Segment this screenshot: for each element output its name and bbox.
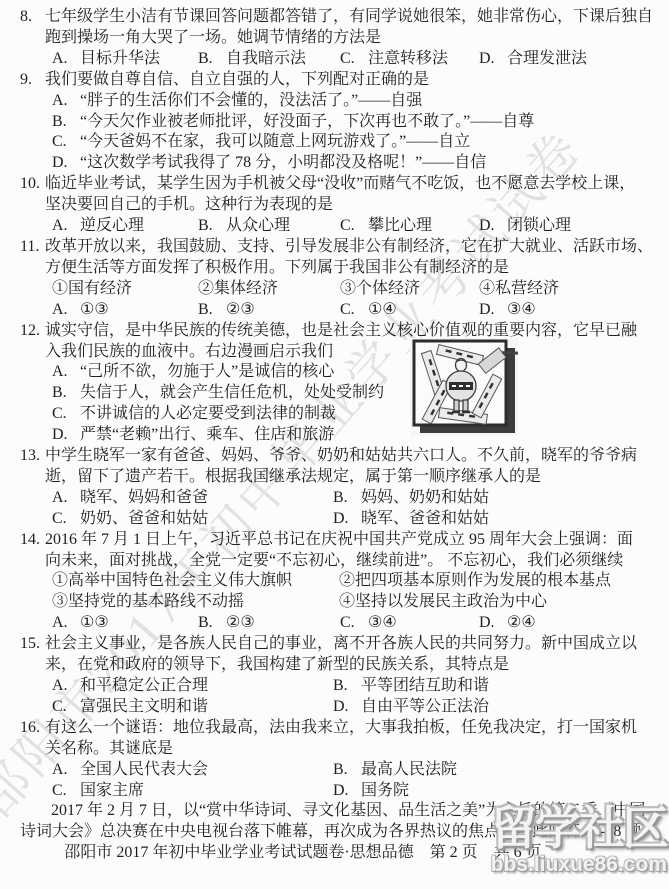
option-A: A.全国人民代表大会	[52, 760, 333, 781]
option-letter: B.	[333, 760, 361, 781]
option-D: D.严禁“老赖”出行、乘车、住店和旅游	[52, 425, 631, 446]
option-text: “今天爸妈不在家，我可以随意上网玩游戏了。”——自立	[80, 133, 470, 150]
option-letter: A.	[52, 300, 80, 321]
option-D: D.闭锁心理	[479, 216, 631, 237]
question-number: 8.	[20, 7, 32, 28]
option-text: 自由平等公正法治	[361, 698, 489, 715]
option-letter: A.	[52, 488, 80, 509]
option-B: B.②③	[198, 300, 340, 321]
option-text: 奶奶、爸爸和姑姑	[80, 510, 208, 527]
option-text: 失信于人，就会产生信任危机，处处受制约	[80, 384, 384, 401]
option-letter: C.	[340, 300, 368, 321]
option-B: B.妈妈、奶奶和姑姑	[333, 488, 631, 509]
option-list: A.目标升华法B.自我暗示法C.注意转移法D.合理发泄法	[45, 49, 631, 70]
question-number: 14.	[20, 530, 40, 551]
option-B: B.②③	[198, 613, 340, 634]
option-B: B.“今天欠作业被老师批评，好没面子，下次再也不敢了。”——自尊	[52, 112, 631, 133]
option-text: ②③	[226, 301, 255, 318]
option-C: C.“今天爸妈不在家，我可以随意上网玩游戏了。”——自立	[52, 132, 631, 153]
stem-line: 诚实守信，是中华民族的传统美德，也是社会主义核心价值观的重要内容，它早已融	[45, 321, 631, 342]
option-C: C.国家主席	[52, 781, 333, 802]
stem-line: 关名称。其谜底是	[45, 739, 631, 760]
option-letter: B.	[333, 488, 361, 509]
option-text: “胖子的生活你们不会懂的，没法活了。”——自强	[80, 92, 422, 109]
option-A: A.“胖子的生活你们不会懂的，没法活了。”——自强	[52, 91, 631, 112]
numbered-item: ②集体经济	[198, 279, 340, 300]
option-B: B.失信于人，就会产生信任危机，处处受制约	[52, 383, 631, 404]
option-letter: B.	[198, 300, 226, 321]
option-letter: D.	[333, 509, 361, 530]
option-D: D.自由平等公正法治	[333, 697, 631, 718]
option-text: ①③	[80, 301, 109, 318]
option-letter: B.	[198, 49, 226, 70]
question-stem: 我们要做自尊自信、自立自强的人，下列配对正确的是	[45, 70, 631, 91]
stem-line: 临近毕业考试，某学生因为手机被父母“没收”而赌气不吃饭，也不愿意去学校上课，	[45, 174, 631, 195]
question-stem: 2016 年 7 月 1 日上午，习近平总书记在庆祝中国共产党成立 95 周年大…	[45, 530, 631, 572]
question-stem: 有这么一个谜语：地位我最高，法由我来立，大事我拍板，任免我决定，打一国家机关名称…	[45, 718, 631, 760]
option-list: A.逆反心理B.从众心理C.攀比心理D.闭锁心理	[45, 216, 631, 237]
numbered-item: ①国有经济	[52, 279, 198, 300]
question-number: 10.	[20, 174, 40, 195]
option-text: 目标升华法	[80, 50, 160, 67]
option-A: A.①③	[52, 613, 198, 634]
option-list: A.和平稳定公正合理B.平等团结互助和谐C.富强民主文明和谐D.自由平等公正法治	[45, 676, 631, 718]
option-text: 注意转移法	[368, 50, 448, 67]
question-stem: 临近毕业考试，某学生因为手机被父母“没收”而赌气不吃饭，也不愿意去学校上课，坚决…	[45, 174, 631, 216]
option-letter: C.	[340, 49, 368, 70]
option-letter: B.	[198, 613, 226, 634]
numbered-item: ③个体经济	[340, 279, 479, 300]
option-letter: C.	[52, 404, 80, 425]
option-text: 国家主席	[80, 782, 144, 799]
option-B: B.自我暗示法	[198, 49, 340, 70]
stem-line: 来，在党和政府的领导下，我国构建了新型的民族关系，其特点是	[45, 655, 631, 676]
option-text: ②③	[226, 614, 255, 631]
option-D: D.“这次数学考试我得了 78 分，小明都没及格呢！”——自信	[52, 153, 631, 174]
option-letter: D.	[479, 216, 507, 237]
option-C: C.奶奶、爸爸和姑姑	[52, 509, 333, 530]
option-list: A.①③B.②③C.①④D.③④	[45, 300, 631, 321]
option-text: 自我暗示法	[226, 50, 306, 67]
option-text: ③④	[368, 614, 397, 631]
option-C: C.攀比心理	[340, 216, 479, 237]
option-letter: D.	[479, 49, 507, 70]
option-text: 全国人民代表大会	[80, 761, 208, 778]
option-letter: B.	[52, 383, 80, 404]
numbered-item: ④私营经济	[479, 279, 631, 300]
question-number: 9.	[20, 70, 32, 91]
question-number: 13.	[20, 446, 40, 467]
option-C: C.注意转移法	[340, 49, 479, 70]
question-14: 14.2016 年 7 月 1 日上午，习近平总书记在庆祝中国共产党成立 95 …	[20, 530, 631, 635]
option-letter: D.	[52, 425, 80, 446]
question-12: 12.诚实守信，是中华民族的传统美德，也是社会主义核心价值观的重要内容，它早已融…	[20, 321, 631, 446]
option-letter: D.	[333, 697, 361, 718]
option-list: A.“胖子的生活你们不会懂的，没法活了。”——自强B.“今天欠作业被老师批评，好…	[45, 91, 631, 175]
option-D: D.②④	[479, 613, 631, 634]
option-letter: D.	[479, 613, 507, 634]
option-A: A.“己所不欲，勿施于人”是诚信的核心	[52, 362, 631, 383]
question-number: 12.	[20, 321, 40, 342]
question-13: 13.中学生晓军一家有爸爸、妈妈、爷爷、奶奶和姑姑共六口人。不久前，晓军的爷爷病…	[20, 446, 631, 530]
stem-line: 改革开放以来，我国鼓励、支持、引导发展非公有制经济，它在扩大就业、活跃市场、	[45, 237, 631, 258]
option-letter: C.	[52, 697, 80, 718]
stem-line: 社会主义事业，是各族人民自己的事业，离不开各族人民的共同努力。新中国成立以	[45, 634, 631, 655]
question-10: 10.临近毕业考试，某学生因为手机被父母“没收”而赌气不吃饭，也不愿意去学校上课…	[20, 174, 631, 237]
option-list: A.晓军、妈妈和爸爸B.妈妈、奶奶和姑姑C.奶奶、爸爸和姑姑D.晓军、爸爸和姑姑	[45, 488, 631, 530]
option-letter: A.	[52, 613, 80, 634]
option-letter: C.	[340, 613, 368, 634]
stem-line: 中学生晓军一家有爸爸、妈妈、爷爷、奶奶和姑姑共六口人。不久前，晓军的爷爷病	[45, 446, 631, 467]
numbered-item: ①高举中国特色社会主义伟大旗帜	[52, 571, 339, 592]
question-16: 16.有这么一个谜语：地位我最高，法由我来立，大事我拍板，任免我决定，打一国家机…	[20, 718, 631, 802]
stem-line: 我们要做自尊自信、自立自强的人，下列配对正确的是	[45, 70, 631, 91]
option-letter: A.	[52, 49, 80, 70]
option-text: 富强民主文明和谐	[80, 698, 208, 715]
option-text: 不讲诚信的人必定要受到法律的制裁	[80, 405, 336, 422]
option-A: A.逆反心理	[52, 216, 198, 237]
question-stem: 中学生晓军一家有爸爸、妈妈、爷爷、奶奶和姑姑共六口人。不久前，晓军的爷爷病逝，留…	[45, 446, 631, 488]
question-list: 8.七年级学生小洁有节课回答问题都答错了，有同学说她很笨，她非常伤心，下课后独自…	[20, 7, 631, 801]
honesty-cartoon-image	[410, 338, 518, 436]
question-9: 9.我们要做自尊自信、自立自强的人，下列配对正确的是A.“胖子的生活你们不会懂的…	[20, 70, 631, 175]
option-text: 严禁“老赖”出行、乘车、住店和旅游	[80, 426, 334, 443]
option-letter: C.	[52, 781, 80, 802]
stem-line: 2016 年 7 月 1 日上午，习近平总书记在庆祝中国共产党成立 95 周年大…	[45, 530, 631, 551]
option-C: C.①④	[340, 300, 479, 321]
option-text: 最高人民法院	[361, 761, 457, 778]
option-letter: A.	[52, 760, 80, 781]
question-15: 15.社会主义事业，是各族人民自己的事业，离不开各族人民的共同努力。新中国成立以…	[20, 634, 631, 718]
closing-paragraph: 2017 年 2 月 7 日，以“赏中华诗词、寻文化基因、品生活之美”为主旨的第…	[20, 801, 631, 843]
stem-line: 有这么一个谜语：地位我最高，法由我来立，大事我拍板，任免我决定，打一国家机	[45, 718, 631, 739]
closing-paragraph-line: 诗词大会》总决赛在中央电视台落下帷幕，再次成为各界热议的焦点。据此回答 17-1…	[20, 822, 631, 843]
option-text: “这次数学考试我得了 78 分，小明都没及格呢！”——自信	[80, 154, 486, 171]
option-text: 晓军、爸爸和姑姑	[361, 510, 489, 527]
honesty-cartoon-image	[410, 338, 518, 436]
option-letter: B.	[52, 112, 80, 133]
option-text: “今天欠作业被老师批评，好没面子，下次再也不敢了。”——自尊	[80, 113, 534, 130]
option-A: A.①③	[52, 300, 198, 321]
page-footer: 邵阳市 2017 年初中毕业学业考试试题卷·思想品德 第 2 页 共 6 页	[20, 843, 631, 864]
question-11: 11.改革开放以来，我国鼓励、支持、引导发展非公有制经济，它在扩大就业、活跃市场…	[20, 237, 631, 321]
option-text: 从众心理	[226, 217, 290, 234]
question-stem: 七年级学生小洁有节课回答问题都答错了，有同学说她很笨，她非常伤心，下课后独自跑到…	[45, 7, 631, 49]
numbered-item: ④坚持以发展民主政治为中心	[339, 592, 631, 613]
option-B: B.最高人民法院	[333, 760, 631, 781]
option-text: 国务院	[361, 782, 409, 799]
question-stem: 诚实守信，是中华民族的传统美德，也是社会主义核心价值观的重要内容，它早已融入我们…	[45, 321, 631, 363]
option-letter: C.	[52, 132, 80, 153]
option-letter: B.	[333, 676, 361, 697]
option-C: C.③④	[340, 613, 479, 634]
closing-paragraph-line: 2017 年 2 月 7 日，以“赏中华诗词、寻文化基因、品生活之美”为主旨的第…	[20, 801, 631, 822]
option-letter: A.	[52, 216, 80, 237]
question-number: 16.	[20, 718, 40, 739]
option-letter: A.	[52, 362, 80, 383]
option-text: 妈妈、奶奶和姑姑	[361, 489, 489, 506]
option-text: 逆反心理	[80, 217, 144, 234]
option-list: A.全国人民代表大会B.最高人民法院C.国家主席D.国务院	[45, 760, 631, 802]
option-A: A.目标升华法	[52, 49, 198, 70]
option-letter: D.	[52, 153, 80, 174]
option-B: B.平等团结互助和谐	[333, 676, 631, 697]
option-letter: C.	[340, 216, 368, 237]
question-stem: 社会主义事业，是各族人民自己的事业，离不开各族人民的共同努力。新中国成立以来，在…	[45, 634, 631, 676]
question-8: 8.七年级学生小洁有节课回答问题都答错了，有同学说她很笨，她非常伤心，下课后独自…	[20, 7, 631, 70]
option-D: D.国务院	[333, 781, 631, 802]
option-D: D.合理发泄法	[479, 49, 631, 70]
option-text: 和平稳定公正合理	[80, 677, 208, 694]
option-letter: D.	[333, 781, 361, 802]
exam-page: 8.七年级学生小洁有节课回答问题都答错了，有同学说她很笨，她非常伤心，下课后独自…	[0, 0, 669, 889]
question-number: 15.	[20, 634, 40, 655]
option-text: 平等团结互助和谐	[361, 677, 489, 694]
option-text: 晓军、妈妈和爸爸	[80, 489, 208, 506]
option-letter: B.	[198, 216, 226, 237]
option-B: B.从众心理	[198, 216, 340, 237]
numbered-item: ③坚持党的基本路线不动摇	[52, 592, 339, 613]
option-text: 闭锁心理	[507, 217, 571, 234]
stem-line: 向未来，面对挑战，全党一定要“不忘初心，继续前进”。 不忘初心，我们必须继续	[45, 551, 631, 572]
option-text: ①④	[368, 301, 397, 318]
option-list: A.①③B.②③C.③④D.②④	[45, 613, 631, 634]
option-C: C.富强民主文明和谐	[52, 697, 333, 718]
option-letter: A.	[52, 676, 80, 697]
option-text: ③④	[507, 301, 536, 318]
option-D: D.③④	[479, 300, 631, 321]
option-letter: C.	[52, 509, 80, 530]
numbered-item-list: ①国有经济②集体经济③个体经济④私营经济	[45, 279, 631, 300]
option-D: D.晓军、爸爸和姑姑	[333, 509, 631, 530]
option-A: A.和平稳定公正合理	[52, 676, 333, 697]
option-letter: D.	[479, 300, 507, 321]
option-text: 合理发泄法	[507, 50, 587, 67]
numbered-item: ②把四项基本原则作为发展的根本基点	[339, 571, 631, 592]
stem-line: 方便生活等方面发挥了积极作用。下列属于我国非公有制经济的是	[45, 258, 631, 279]
option-text: 攀比心理	[368, 217, 432, 234]
stem-line: 入我们民族的血液中。右边漫画启示我们	[45, 342, 631, 363]
stem-line: 跑到操场一角大哭了一场。她调节情绪的方法是	[45, 28, 631, 49]
stem-line: 坚决要回自己的手机。这种行为表现的是	[45, 195, 631, 216]
question-number: 11.	[20, 237, 39, 258]
option-text: ②④	[507, 614, 536, 631]
option-list: A.“己所不欲，勿施于人”是诚信的核心B.失信于人，就会产生信任危机，处处受制约…	[45, 362, 631, 446]
option-text: ①③	[80, 614, 109, 631]
option-letter: A.	[52, 91, 80, 112]
stem-line: 逝，留下了遗产若干。根据我国继承法规定，属于第一顺序继承人的是	[45, 467, 631, 488]
option-C: C.不讲诚信的人必定要受到法律的制裁	[52, 404, 631, 425]
numbered-item-list: ①高举中国特色社会主义伟大旗帜②把四项基本原则作为发展的根本基点③坚持党的基本路…	[45, 571, 631, 613]
question-stem: 改革开放以来，我国鼓励、支持、引导发展非公有制经济，它在扩大就业、活跃市场、方便…	[45, 237, 631, 279]
option-text: “己所不欲，勿施于人”是诚信的核心	[80, 363, 334, 380]
stem-line: 七年级学生小洁有节课回答问题都答错了，有同学说她很笨，她非常伤心，下课后独自	[45, 7, 631, 28]
option-A: A.晓军、妈妈和爸爸	[52, 488, 333, 509]
